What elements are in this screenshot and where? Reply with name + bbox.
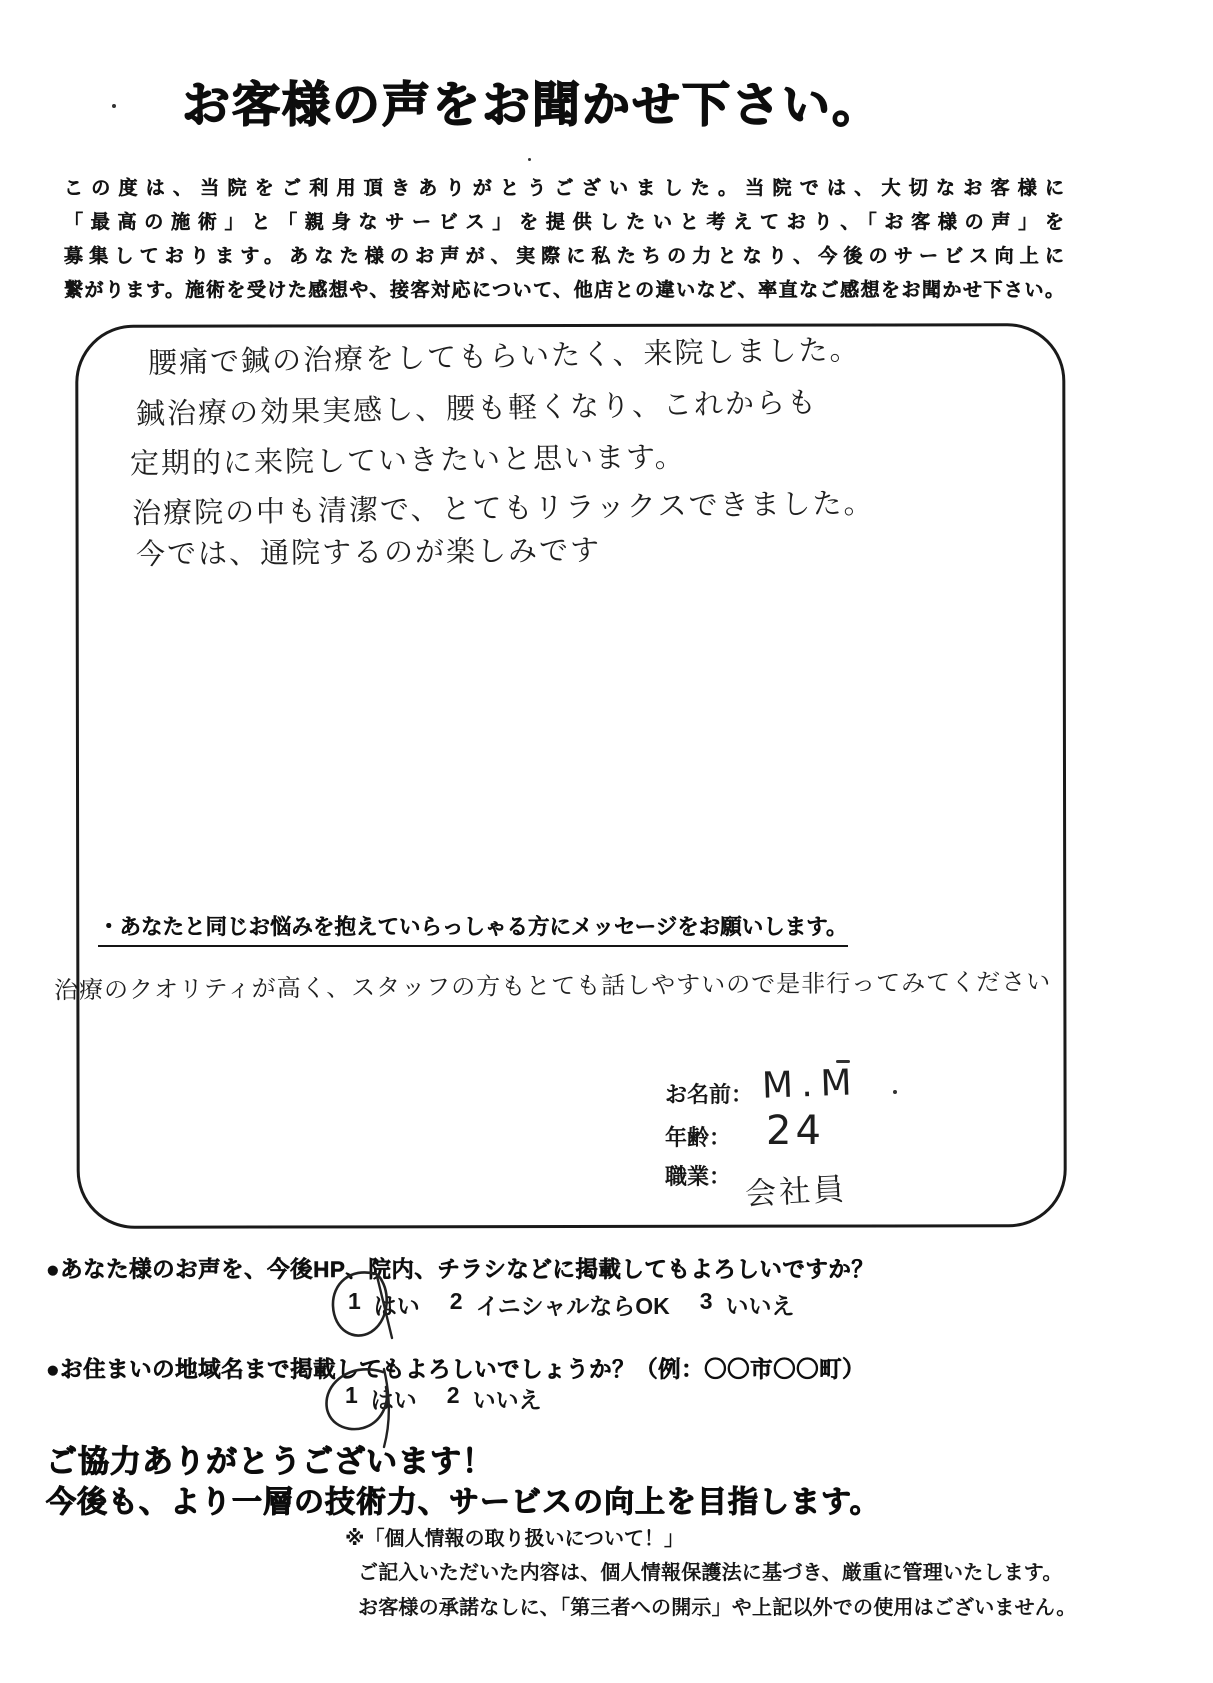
option-label: いいえ xyxy=(473,1382,542,1415)
thanks-line-1: ご協力ありがとうございます！ xyxy=(46,1436,494,1481)
scan-artifact xyxy=(836,1060,850,1063)
age-field-value: 24 xyxy=(766,1108,825,1154)
intro-line: この度は、当院をご利用頂きありがとうございました。当院では、大切なお客様に xyxy=(64,172,1064,206)
question-1-option: 1 はい xyxy=(348,1288,420,1321)
customer-feedback-form: お客様の声をお聞かせ下さい。 この度は、当院をご利用頂きありがとうございました。… xyxy=(0,0,1213,1683)
occupation-field-label: 職業： xyxy=(665,1160,731,1191)
question-2-option: 2 いいえ xyxy=(447,1382,542,1415)
question-1-option: 3 いいえ xyxy=(700,1288,795,1321)
option-number: 2 xyxy=(450,1288,463,1321)
intro-line: 募集しております。あなた様のお声が、実際に私たちの力となり、今後のサービス向上に xyxy=(64,240,1064,274)
scan-artifact xyxy=(528,158,531,161)
intro-line: 繋がります。施術を受けた感想や、接客対応について、他店との違いなど、率直なご感想… xyxy=(64,274,1064,308)
handwritten-feedback-line: 今では、通院するのが楽しみです xyxy=(136,528,601,573)
option-label: はい xyxy=(374,1288,420,1321)
question-2-options: 1 はい 2 いいえ xyxy=(345,1382,572,1415)
intro-paragraph: この度は、当院をご利用頂きありがとうございました。当院では、大切なお客様に 「最… xyxy=(64,172,1064,308)
option-label: いいえ xyxy=(726,1288,795,1321)
intro-line: 「最高の施術」と「親身なサービス」を提供したいと考えており、「お客様の声」を xyxy=(64,206,1064,240)
occupation-field-value: 会社員 xyxy=(744,1163,848,1213)
page-title: お客様の声をお聞かせ下さい。 xyxy=(182,66,882,135)
privacy-note-title: ※「個人情報の取り扱いについて！」 xyxy=(345,1522,684,1551)
name-field-label: お名前： xyxy=(665,1078,753,1109)
question-1-options: 1 はい 2 イニシャルならOK 3 いいえ xyxy=(348,1288,825,1321)
option-number: 1 xyxy=(348,1288,361,1321)
name-field-value: M.M xyxy=(761,1062,860,1106)
option-number: 3 xyxy=(700,1288,713,1321)
question-2-prompt: ●お住まいの地域名まで掲載してもよろしいでしょうか？（例：〇〇市〇〇町） xyxy=(46,1352,865,1384)
privacy-note-line: ご記入いただいた内容は、個人情報保護法に基づき、厳重に管理いたします。 xyxy=(358,1556,1063,1585)
privacy-note-line: お客様の承諾なしに、「第三者への開示」や上記以外での使用はございません。 xyxy=(358,1591,1076,1620)
option-number: 1 xyxy=(345,1382,358,1415)
message-prompt: ・あなたと同じお悩みを抱えていらっしゃる方にメッセージをお願いします。 xyxy=(98,910,848,947)
age-field-label: 年齢： xyxy=(665,1121,731,1152)
scan-artifact xyxy=(112,104,116,108)
question-1-option: 2 イニシャルならOK xyxy=(450,1288,670,1321)
question-2-option: 1 はい xyxy=(345,1382,417,1415)
thanks-line-2: 今後も、より一層の技術力、サービスの向上を目指します。 xyxy=(46,1477,881,1521)
option-number: 2 xyxy=(447,1382,460,1415)
handwritten-feedback-line: 定期的に来院していきたいと思います。 xyxy=(130,435,686,483)
option-label: はい xyxy=(371,1382,417,1415)
scan-artifact xyxy=(893,1090,897,1094)
option-label: イニシャルならOK xyxy=(476,1288,670,1321)
question-1-prompt: ●あなた様のお声を、今後HP、院内、チラシなどに掲載してもよろしいですか？ xyxy=(46,1252,874,1284)
